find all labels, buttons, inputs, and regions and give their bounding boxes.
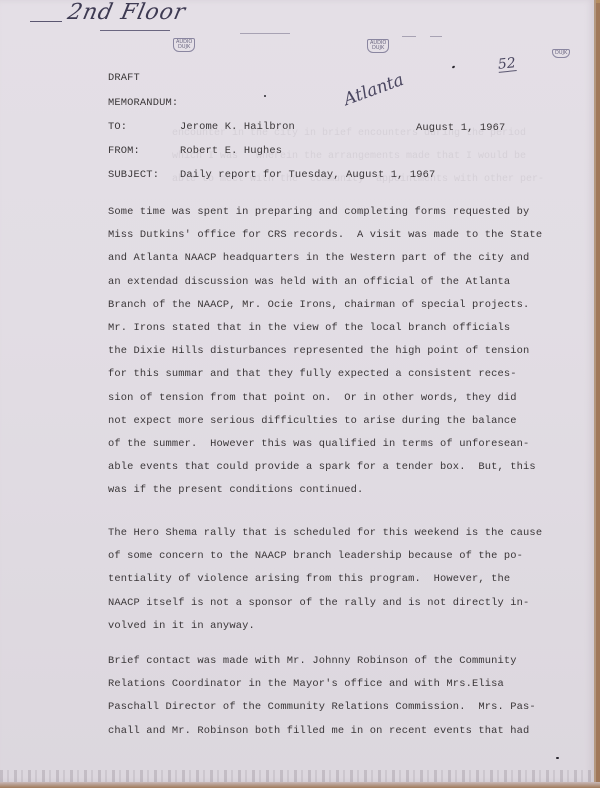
text-line: Mr. Irons stated that in the view of the…: [108, 322, 510, 334]
document-page: 2nd Floor Atlanta 52 AUDIO DUJK AUDIO DU…: [0, 0, 596, 782]
ink-speck: [452, 65, 456, 68]
text-line: the Dixie Hills disturbances represented…: [108, 345, 529, 357]
draft-label: DRAFT: [108, 72, 140, 84]
text-line: Branch of the NAACP, Mr. Ocie Irons, cha…: [108, 299, 529, 311]
handwritten-floor-note: 2nd Floor: [65, 0, 188, 25]
ink-speck: [556, 757, 559, 759]
handwritten-city-note: Atlanta: [341, 70, 406, 110]
text-line: for this summar and that they fully expe…: [108, 368, 517, 380]
subject-label: SUBJECT:: [108, 169, 159, 181]
text-line: The Hero Shema rally that is scheduled f…: [108, 527, 542, 539]
memo-date: August 1, 1967: [416, 122, 505, 134]
text-line: sion of tension from that point on. Or i…: [108, 392, 517, 404]
desk-edge-bottom: [0, 782, 600, 788]
text-line: Brief contact was made with Mr. Johnny R…: [108, 655, 517, 667]
pencil-dash: [240, 33, 290, 34]
text-line: chall and Mr. Robinson both filled me in…: [108, 725, 529, 737]
text-line: able events that could provide a spark f…: [108, 461, 536, 473]
subject-value: Daily report for Tuesday, August 1, 1967: [180, 169, 435, 181]
to-label: TO:: [108, 121, 127, 133]
text-line: tentiality of violence arising from this…: [108, 573, 510, 585]
from-value: Robert E. Hughes: [180, 145, 282, 157]
stamp-mark: AUDIO DUJK: [367, 39, 389, 53]
text-line: volved in it in anyway.: [108, 620, 255, 632]
page-bottom-edge-noise: [0, 770, 594, 782]
text-line: NAACP itself is not a sponsor of the ral…: [108, 597, 529, 609]
handwritten-underline: [100, 30, 170, 31]
text-line: Paschall Director of the Community Relat…: [108, 701, 536, 713]
text-line: and Atlanta NAACP headquarters in the We…: [108, 252, 529, 264]
handwritten-page-number: 52: [497, 56, 516, 73]
memorandum-label: MEMORANDUM:: [108, 97, 178, 109]
text-line: an extendad discussion was held with an …: [108, 276, 510, 288]
text-line: Some time was spent in preparing and com…: [108, 206, 529, 218]
text-line: was if the present conditions continued.: [108, 484, 363, 496]
pencil-dash: [430, 36, 442, 37]
text-line: of some concern to the NAACP branch lead…: [108, 550, 523, 562]
text-line: not expect more serious difficulties to …: [108, 415, 517, 427]
text-line: of the summer. However this was qualifie…: [108, 438, 529, 450]
handwritten-dash: [30, 21, 62, 22]
from-label: FROM:: [108, 145, 140, 157]
stamp-mark: DUJK: [552, 49, 570, 58]
stamp-mark: AUDIO DUJK: [173, 38, 195, 52]
pencil-dash: [402, 36, 416, 37]
ink-speck: [264, 95, 267, 98]
text-line: Miss Dutkins' office for CRS records. A …: [108, 229, 542, 241]
to-value: Jerome K. Hailbron: [180, 121, 295, 133]
text-line: Relations Coordinator in the Mayor's off…: [108, 678, 504, 690]
